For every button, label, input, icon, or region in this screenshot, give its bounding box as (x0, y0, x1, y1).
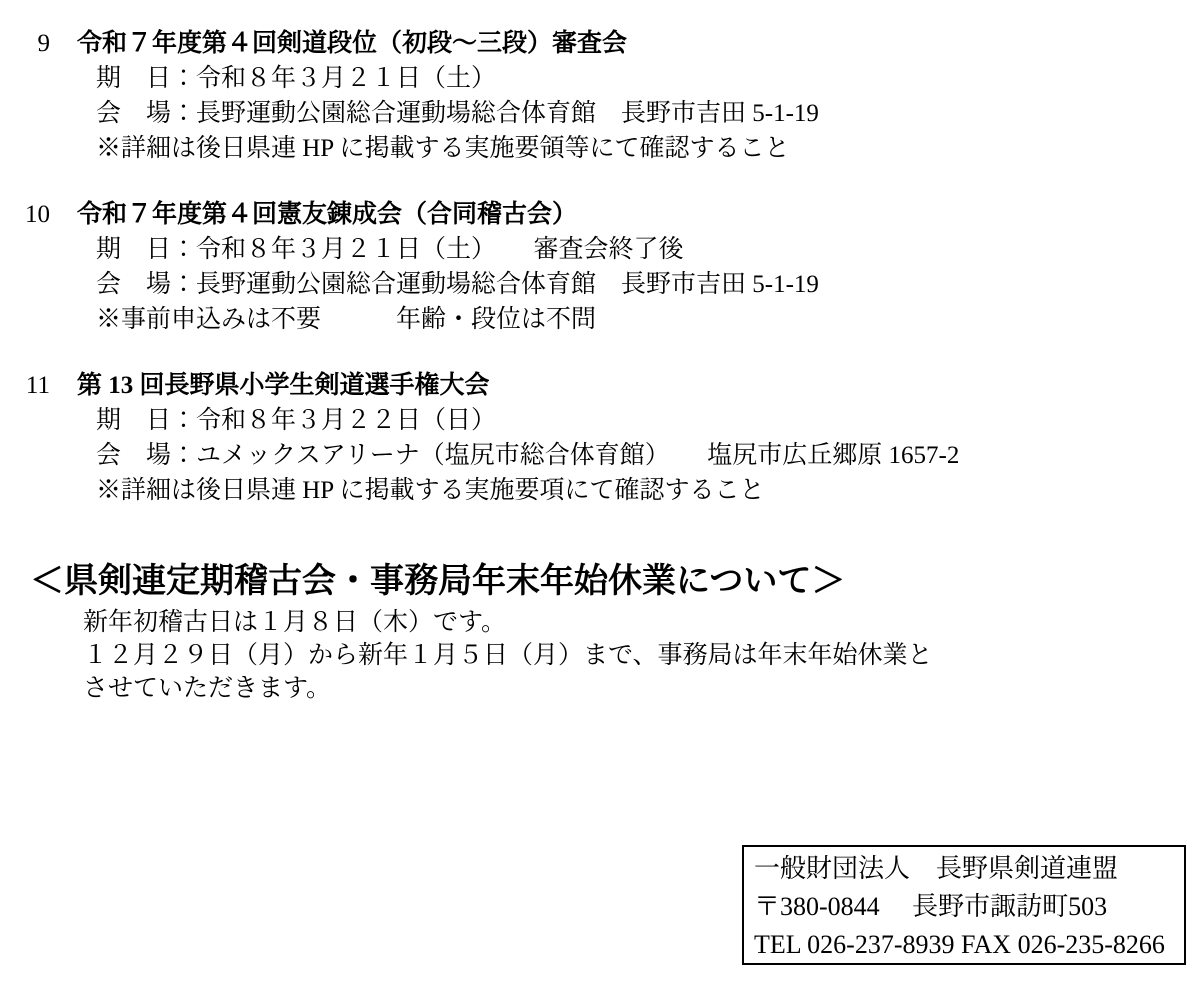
event-note-line: ※詳細は後日県連 HP に掲載する実施要項にて確認すること (96, 473, 959, 508)
postal-address: 〒380-0844 長野市諏訪町503 (754, 888, 1174, 926)
event-date-line: 期 日：令和８年３月２２日（日） (96, 403, 959, 438)
event-note-line: ※詳細は後日県連 HP に掲載する実施要領等にて確認すること (96, 131, 959, 166)
event-note-line: ※事前申込みは不要 年齢・段位は不問 (96, 302, 959, 337)
event-date-line: 期 日：令和８年３月２１日（土） 審査会終了後 (96, 232, 959, 267)
event-heading: 11 第 13 回長野県小学生剣道選手権大会 (0, 368, 959, 403)
contact-box: 一般財団法人 長野県剣道連盟 〒380-0844 長野市諏訪町503 TEL 0… (742, 845, 1186, 965)
notice-line-first-practice: 新年初稽古日は１月８日（木）です。 (83, 606, 933, 639)
event-item-11: 11 第 13 回長野県小学生剣道選手権大会 期 日：令和８年３月２２日（日） … (0, 368, 959, 508)
notice-heading: ＜県剣連定期稽古会・事務局年末年始休業について＞ (30, 558, 933, 606)
event-number: 9 (0, 26, 50, 61)
event-date-line: 期 日：令和８年３月２１日（土） (96, 61, 959, 96)
event-title: 令和７年度第４回憲友錬成会（合同稽古会） (77, 197, 577, 232)
event-number: 10 (0, 197, 50, 232)
event-heading: 10 令和７年度第４回憲友錬成会（合同稽古会） (0, 197, 959, 232)
event-list: 9 令和７年度第４回剣道段位（初段～三段）審査会 期 日：令和８年３月２１日（土… (0, 26, 959, 539)
organization-name: 一般財団法人 長野県剣道連盟 (754, 850, 1174, 888)
notice-line-closure-period: １２月２９日（月）から新年１月５日（月）まで、事務局は年末年始休業と (83, 639, 933, 672)
event-item-9: 9 令和７年度第４回剣道段位（初段～三段）審査会 期 日：令和８年３月２１日（土… (0, 26, 959, 166)
event-title: 第 13 回長野県小学生剣道選手権大会 (77, 368, 490, 403)
event-number: 11 (0, 368, 50, 403)
closure-notice: ＜県剣連定期稽古会・事務局年末年始休業について＞ 新年初稽古日は１月８日（木）で… (0, 558, 933, 705)
event-venue-line: 会 場：長野運動公園総合運動場総合体育館 長野市吉田 5-1-19 (96, 267, 959, 302)
event-title: 令和７年度第４回剣道段位（初段～三段）審査会 (77, 26, 627, 61)
notice-line-closure-period-cont: させていただきます。 (83, 672, 933, 705)
tel-fax-numbers: TEL 026-237-8939 FAX 026-235-8266 (754, 926, 1174, 964)
event-item-10: 10 令和７年度第４回憲友錬成会（合同稽古会） 期 日：令和８年３月２１日（土）… (0, 197, 959, 337)
event-venue-line: 会 場：長野運動公園総合運動場総合体育館 長野市吉田 5-1-19 (96, 96, 959, 131)
event-venue-line: 会 場：ユメックスアリーナ（塩尻市総合体育館） 塩尻市広丘郷原 1657-2 (96, 438, 959, 473)
event-heading: 9 令和７年度第４回剣道段位（初段～三段）審査会 (0, 26, 959, 61)
document-page: 9 令和７年度第４回剣道段位（初段～三段）審査会 期 日：令和８年３月２１日（土… (0, 0, 1200, 988)
